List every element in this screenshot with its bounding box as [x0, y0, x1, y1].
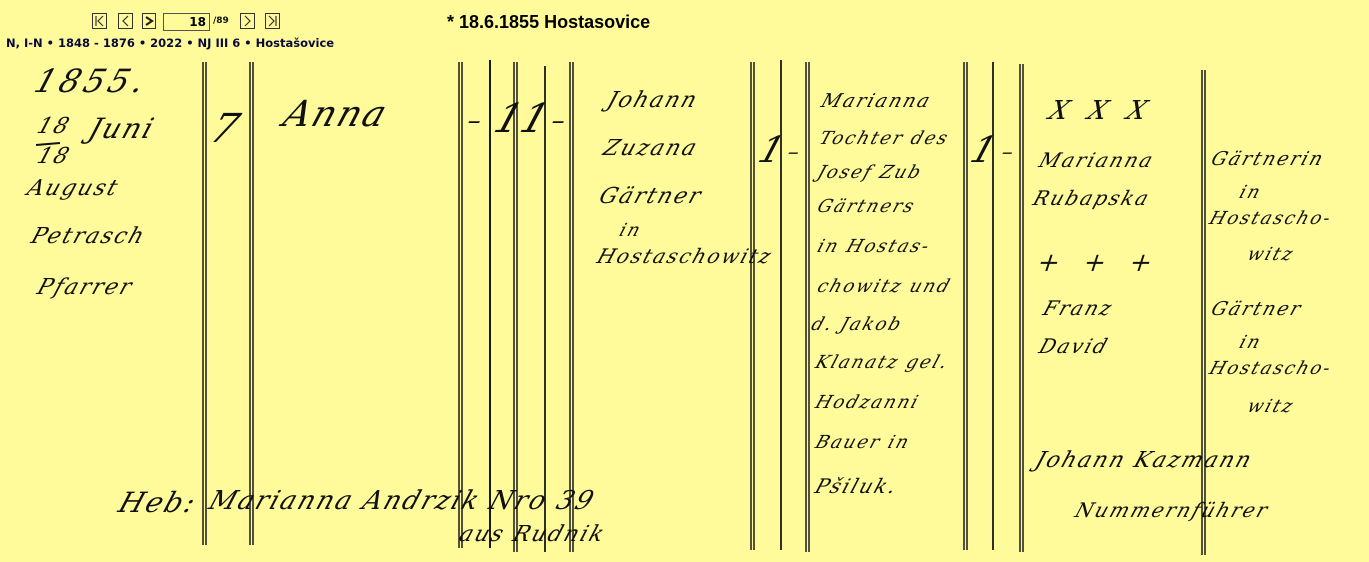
register-scan: 1855. 18 18 Juni August Petrasch Pfarrer…	[0, 0, 1369, 562]
godparents-marks: X X X	[1045, 96, 1157, 126]
mother-line-3: Josef Zub	[815, 162, 926, 183]
mother-line-11: Pšiluk.	[812, 474, 901, 498]
mother-line-4: Gärtners	[815, 196, 919, 217]
mother-line-2: Tochter des	[817, 128, 953, 149]
status-line-5: Gärtner	[1208, 298, 1305, 320]
godparent1-line-2: Rubapska	[1030, 186, 1154, 210]
father-line-2: Zuzana	[600, 136, 702, 161]
entry-priest-line3: Pfarrer	[34, 275, 137, 300]
mother-line-5: in Hostas-	[815, 236, 934, 257]
godparent1-line-1: Marianna	[1036, 148, 1158, 172]
mother-line-7: d. Jakob	[809, 314, 906, 335]
footnote-text: Marianna Andrzik Nro 39	[205, 486, 599, 516]
status-line-8: witz	[1245, 396, 1298, 417]
footnote-label: Heb:	[115, 486, 202, 519]
register-ruling-lines	[0, 0, 1369, 562]
entry-priest-line2: Petrasch	[28, 224, 149, 249]
status-line-4: witz	[1245, 244, 1298, 265]
midwife-note: Johann Kazmann	[1032, 448, 1256, 473]
footnote-text-2: aus Rudnik	[456, 522, 609, 547]
godparent-cross-marks: + + +	[1033, 248, 1165, 278]
father-line-3: Gärtner	[596, 184, 706, 209]
status-line-3: Hostascho-	[1207, 208, 1335, 229]
midwife-note-2: Nummernführer	[1072, 498, 1273, 522]
father-line-5: Hostaschowitz	[594, 244, 776, 268]
entry-child-name: Anna	[278, 94, 393, 135]
entry-priest-line1: August	[24, 176, 123, 201]
status-line-1: Gärtnerin	[1208, 148, 1327, 170]
father-line-1: Johann	[604, 88, 702, 113]
mother-line-1: Marianna	[818, 90, 934, 112]
mother-line-9: Hodzanni	[813, 392, 923, 413]
mother-line-8: Klanatz gel.	[813, 352, 952, 373]
godparent2-line-2: David	[1036, 334, 1112, 358]
status-line-7: Hostascho-	[1207, 358, 1335, 379]
entry-month: Juni	[85, 112, 160, 145]
entry-year: 1855.	[30, 62, 154, 100]
mother-line-6: chowitz und	[815, 276, 955, 297]
mother-line-10: Bauer in	[813, 432, 914, 453]
godparent2-line-1: Franz	[1040, 296, 1117, 320]
